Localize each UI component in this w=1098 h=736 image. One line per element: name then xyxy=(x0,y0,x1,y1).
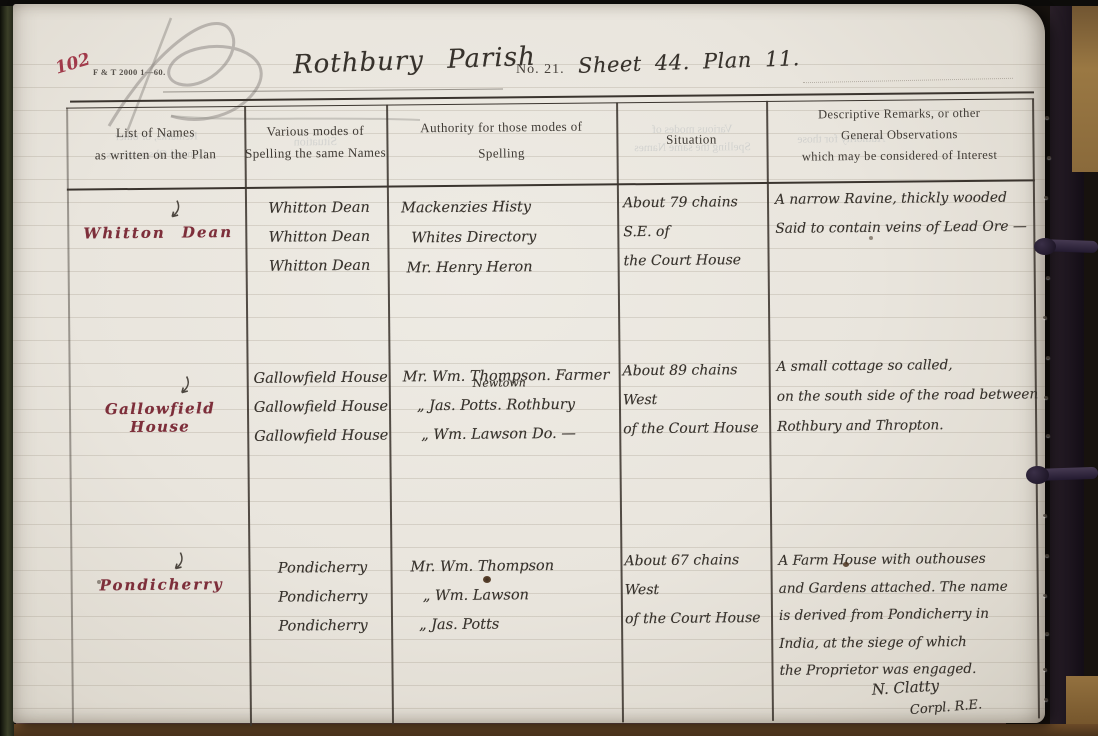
header-situation: Situation xyxy=(616,128,766,151)
plan-name-text: Gallowfield House xyxy=(71,399,249,437)
header-line: as written on the Plan xyxy=(66,143,244,167)
fox-spot xyxy=(843,562,849,567)
book-spine-edge xyxy=(0,0,14,736)
remark-line: and Gardens attached. The name xyxy=(779,573,1041,603)
remark-line: A narrow Ravine, thickly wooded xyxy=(775,183,1033,214)
stitch-hole xyxy=(1043,594,1047,597)
spelling-entry: Whitton Dean xyxy=(255,223,383,253)
situation-line: About 79 chains S.E. of xyxy=(623,188,770,247)
sheet-plan-label: Sheet 44. Plan 11. xyxy=(578,46,801,78)
ink-spot xyxy=(483,576,491,583)
spelling-entry: Whitton Dean xyxy=(255,194,383,224)
spellings-row-3: Pondicherry Pondicherry Pondicherry xyxy=(258,554,387,642)
authorities-row-2: Mr. Wm. Thompson. Farmer „ Jas. Potts. R… xyxy=(403,361,620,450)
spelling-entry: Whitton Dean xyxy=(255,252,383,282)
authority-entry: Whites Directory xyxy=(401,221,613,253)
stitch-hole xyxy=(1043,514,1047,517)
page-number-label: No. 21. xyxy=(516,62,565,78)
remark-line: Rothbury and Thropton. xyxy=(777,409,1039,442)
plan-name-text: Whitton Dean xyxy=(75,223,241,243)
plan-name-text: Pondicherry xyxy=(79,575,245,595)
situation-line: the Court House xyxy=(623,246,769,276)
wooden-table-top-right xyxy=(1072,0,1098,172)
reference-arrow-icon xyxy=(167,200,183,220)
header-various-modes: Various modes of Spelling the same Names xyxy=(244,120,386,165)
header-authority: Authority for those modes of Spelling xyxy=(386,113,616,167)
remark-line: is derived from Pondicherry in xyxy=(779,600,1041,630)
remark-line: India, at the siege of which xyxy=(779,628,1041,658)
header-line: Spelling the same Names xyxy=(244,142,386,165)
stitch-hole xyxy=(1043,316,1047,319)
remark-line: A small cottage so called, xyxy=(776,349,1038,382)
stitch-hole xyxy=(1044,196,1048,199)
header-line: Various modes of xyxy=(244,120,386,143)
stitch-hole xyxy=(1044,698,1048,701)
situation-row-3: About 67 chains West of the Court House xyxy=(624,546,773,634)
authority-entry: Mr. Henry Heron xyxy=(402,251,614,283)
header-line: List of Names xyxy=(66,121,244,145)
stitch-hole xyxy=(1046,434,1050,437)
name-book-page: 102 F & T 2000 1—60. Rothbury Parish No.… xyxy=(13,4,1045,723)
binding-string-knot xyxy=(1026,466,1049,484)
remark-line: Said to contain veins of Lead Ore — xyxy=(775,212,1033,243)
situation-line: of the Court House xyxy=(625,604,773,634)
surveyor-rank: Corpl. R.E. xyxy=(909,697,982,718)
authorities-row-3: Mr. Wm. Thompson „ Wm. Lawson „ Jas. Pot… xyxy=(410,551,621,640)
smudge-spot xyxy=(97,580,101,584)
header-line: General Observations xyxy=(766,123,1032,147)
spelling-entry: Pondicherry xyxy=(259,612,387,642)
authority-entry: „ Jas. Potts. Rothbury xyxy=(403,390,619,421)
situation-line: of the Court House xyxy=(623,414,771,444)
binding-string-knot xyxy=(1034,238,1056,255)
situation-line: About 89 chains West xyxy=(623,356,772,415)
authority-entry: Mackenzies Histy xyxy=(401,191,613,223)
header-line: Authority for those modes of xyxy=(386,113,616,141)
remarks-row-3: A Farm House with outhouses and Gardens … xyxy=(778,545,1041,685)
spelling-entry: Pondicherry xyxy=(258,554,386,584)
header-line: Spelling xyxy=(386,139,616,167)
photographed-record-book: 102 F & T 2000 1—60. Rothbury Parish No.… xyxy=(0,0,1098,736)
header-line: which may be considered of Interest xyxy=(766,144,1032,168)
smudge-spot xyxy=(869,236,873,240)
stitch-hole xyxy=(1045,554,1049,557)
header-descriptive-remarks: Descriptive Remarks, or other General Ob… xyxy=(766,102,1033,168)
stitch-hole xyxy=(1045,632,1049,635)
authorities-row-1: Mackenzies Histy Whites Directory Mr. He… xyxy=(401,191,614,283)
spellings-row-2: Gallowfield House Gallowfield House Gall… xyxy=(253,364,390,452)
stitch-hole xyxy=(1044,396,1048,399)
spelling-entry: Gallowfield House xyxy=(253,393,389,423)
spelling-entry: Gallowfield House xyxy=(253,364,389,394)
plan-name-gallowfield-house: Gallowfield House xyxy=(71,399,249,437)
surveyor-signature: N. Clatty xyxy=(871,677,939,699)
stitch-hole xyxy=(1043,668,1047,671)
authority-entry: „ Wm. Lawson Do. — xyxy=(403,419,619,450)
plan-name-whitton-dean: Whitton Dean xyxy=(75,223,241,243)
authority-entry: „ Wm. Lawson xyxy=(411,580,621,611)
authority-superscript-correction: Newtown xyxy=(473,376,526,390)
stitch-hole xyxy=(1046,276,1050,279)
authority-entry: Mr. Wm. Thompson xyxy=(410,551,620,582)
stitch-hole xyxy=(1045,116,1049,119)
reference-arrow-icon xyxy=(177,375,193,395)
authority-entry: „ Jas. Potts xyxy=(411,609,621,640)
situation-row-2: About 89 chains West of the Court House xyxy=(623,356,772,444)
remark-line: on the south side of the road between xyxy=(777,379,1039,412)
remark-line: A Farm House with outhouses xyxy=(778,545,1040,575)
situation-row-1: About 79 chains S.E. of the Court House xyxy=(623,188,770,276)
dotted-leader-line xyxy=(803,78,1013,83)
reference-arrow-icon xyxy=(170,552,186,572)
header-line: Situation xyxy=(616,128,766,151)
name-book-table: Remarks, or other General Observations S… xyxy=(66,91,1040,727)
stitch-hole xyxy=(1047,156,1051,159)
stitch-hole xyxy=(1046,356,1050,359)
plan-name-pondicherry: Pondicherry xyxy=(79,575,245,595)
spellings-row-1: Whitton Dean Whitton Dean Whitton Dean xyxy=(255,194,384,282)
header-list-of-names: List of Names as written on the Plan xyxy=(66,121,244,167)
remarks-row-1: A narrow Ravine, thickly wooded Said to … xyxy=(775,183,1034,243)
header-line: Descriptive Remarks, or other xyxy=(766,102,1032,126)
spelling-entry: Gallowfield House xyxy=(253,422,389,452)
situation-line: About 67 chains West xyxy=(624,546,773,605)
spelling-entry: Pondicherry xyxy=(259,583,387,613)
remarks-row-2: A small cottage so called, on the south … xyxy=(776,349,1039,442)
